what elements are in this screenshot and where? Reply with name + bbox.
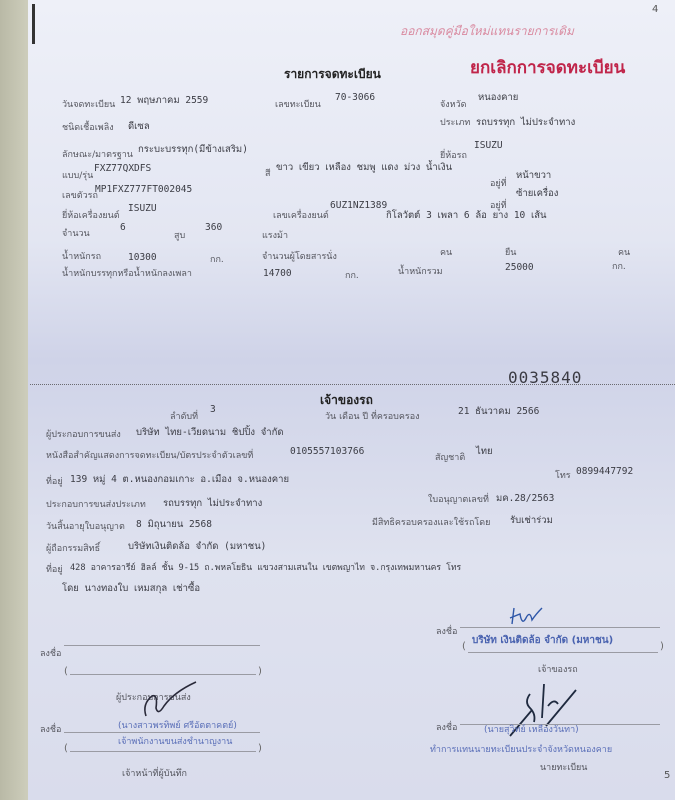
axle-wheel-info: กิโลวัตต์ 3 เพลา 6 ล้อ ยาง 10 เส้น	[386, 208, 547, 223]
vehicle-type-label: ประเภท	[440, 115, 470, 129]
owner-role: เจ้าของรถ	[538, 662, 578, 676]
signature-line-owner	[460, 627, 660, 628]
registrar-name: (นายสุวิทย์ เหลืองวันทา)	[484, 722, 579, 736]
color-value: ขาว เขียว เหลือง ชมพู แดง ม่วง น้ำเงิน	[276, 160, 452, 175]
order-label: ลำดับที่	[170, 409, 198, 423]
phone-label: โทร	[555, 468, 571, 482]
lessee-value: โดย นางทองใบ เหมสกุล เช่าซื้อ	[62, 581, 200, 596]
officer-role: เจ้าหน้าที่ผู้บันทึก	[122, 766, 187, 780]
engine-brand-label: ยี่ห้อเครื่องยนต์	[62, 208, 120, 222]
vehicle-weight-value: 10300	[128, 252, 157, 263]
officer-position: เจ้าพนักงานขนส่งชำนาญงาน	[118, 734, 232, 748]
registration-id-value: 0105557103766	[290, 446, 364, 457]
engine-number-value: 6UZ1NZ1389	[330, 200, 387, 211]
page-number-bottom: 5	[664, 770, 670, 781]
paren-open: (	[462, 641, 466, 652]
model-label: แบบ/รุ่น	[62, 168, 93, 182]
color-label: สี	[265, 166, 271, 180]
character-value: กระบะบรรทุก(มีข้างเสริม)	[138, 142, 248, 157]
passengers-seated-label: จำนวนผู้โดยสารนั่ง	[262, 249, 337, 263]
business-type-label: ประกอบการขนส่งประเภท	[46, 497, 146, 511]
total-weight-label: น้ำหนักรวม	[398, 264, 443, 278]
desk-background	[0, 0, 30, 800]
name-line-operator	[70, 674, 256, 675]
character-label: ลักษณะ/มาตรฐาน	[62, 147, 133, 161]
province-label: จังหวัด	[440, 97, 467, 111]
registrar-role: นายทะเบียน	[540, 760, 587, 774]
registrar-position: ทำการแทนนายทะเบียนประจำจังหวัดหนองคาย	[430, 742, 612, 756]
chassis-value: MP1FXZ777FT002045	[95, 184, 192, 195]
fuel-label: ชนิดเชื้อเพลิง	[62, 120, 114, 134]
engine-number-label: เลขเครื่องยนต์	[273, 208, 329, 222]
section-title-owner: เจ้าของรถ	[320, 391, 373, 410]
possession-date-label: วัน เดือน ปี ที่ครอบครอง	[325, 409, 420, 423]
province-value: หนองคาย	[478, 90, 518, 105]
plate-value: 70-3066	[335, 92, 375, 103]
title-holder-label: ผู้ถือกรรมสิทธิ์	[46, 541, 100, 555]
paren-open: (	[64, 666, 68, 677]
model-value: FXZ77QXDFS	[94, 163, 151, 174]
chassis-location-label: อยู่ที่	[490, 176, 507, 190]
sign-label-officer: ลงชื่อ	[40, 722, 61, 736]
address-label: ที่อยู่	[46, 474, 63, 488]
total-weight-value: 25000	[505, 262, 534, 273]
cc-value: 360	[205, 222, 222, 233]
reg-date-label: วันจดทะเบียน	[62, 97, 115, 111]
vehicle-type-value: รถบรรทุก ไม่ประจำทาง	[476, 115, 575, 130]
nationality-value: ไทย	[476, 444, 493, 459]
chassis-label: เลขตัวรถ	[62, 188, 98, 202]
phone-value: 0899447792	[576, 466, 633, 477]
usage-right-value: รับเช่าร่วม	[510, 513, 553, 528]
fuel-value: ดีเซล	[128, 119, 150, 134]
load-weight-value: 14700	[263, 268, 292, 279]
weight-unit-2: กก.	[345, 268, 359, 282]
order-value: 3	[210, 404, 216, 415]
title-holder-value: บริษัทเงินติดล้อ จำกัด (มหาชน)	[128, 539, 266, 554]
cylinder-label: จำนวน	[62, 226, 90, 240]
brand-value: ISUZU	[474, 140, 503, 151]
sign-label-owner: ลงชื่อ	[436, 624, 457, 638]
paren-close: )	[660, 641, 664, 652]
owner-address-label: ที่อยู่	[46, 562, 63, 576]
section-title-registration: รายการจดทะเบียน	[284, 65, 381, 84]
page-number-top: 4	[652, 4, 658, 15]
standing-label: ยืน	[505, 245, 516, 259]
cancel-registration-stamp: ยกเลิกการจดทะเบียน	[470, 54, 625, 81]
name-line-owner	[468, 652, 658, 653]
sign-label-registrar: ลงชื่อ	[436, 720, 457, 734]
possession-date-value: 21 ธันวาคม 2566	[458, 404, 539, 419]
paren-close: )	[258, 743, 262, 754]
persons-unit-2: คน	[618, 245, 630, 259]
usage-right-label: มีสิทธิครอบครองและใช้รถโดย	[372, 515, 490, 529]
signature-line-officer	[64, 732, 260, 733]
address-value: 139 หมู่ 4 ต.หนองกอมเกาะ อ.เมือง จ.หนองค…	[70, 472, 289, 487]
license-value: มค.28/2563	[496, 491, 554, 506]
owner-signature	[508, 604, 548, 634]
binder-mark	[32, 4, 35, 44]
reissue-stamp: ออกสมุดคู่มือใหม่แทนรายการเดิม	[400, 22, 574, 41]
reg-date-value: 12 พฤษภาคม 2559	[120, 93, 208, 108]
paren-open: (	[64, 743, 68, 754]
operator-label: ผู้ประกอบการขนส่ง	[46, 427, 121, 441]
registration-id-label: หนังสือสำคัญแสดงการจดทะเบียน/บัตรประจำตั…	[46, 448, 253, 462]
officer-signature	[140, 682, 200, 722]
owner-company-stamp: บริษัท เงินติดล้อ จำกัด (มหาชน)	[472, 633, 613, 648]
license-expiry-label: วันสิ้นอายุใบอนุญาต	[46, 519, 125, 533]
weight-unit-3: กก.	[612, 259, 626, 273]
load-weight-label: น้ำหนักบรรทุกหรือน้ำหนักลงเพลา	[62, 266, 192, 280]
chassis-location-value: หน้าขวา	[516, 168, 551, 183]
persons-unit-1: คน	[440, 245, 452, 259]
owner-address-value: 428 อาคารอารีย์ ฮิลล์ ชั้น 9-15 ถ.พหลโยธ…	[70, 560, 461, 574]
engine-location-value: ซ้ายเครื่อง	[516, 186, 558, 201]
cylinder-value: 6	[120, 222, 126, 233]
perforation-line	[30, 384, 675, 385]
signature-line-operator	[64, 645, 260, 646]
weight-unit-1: กก.	[210, 252, 224, 266]
horsepower-label: แรงม้า	[262, 228, 288, 242]
license-label: ใบอนุญาตเลขที่	[428, 492, 489, 506]
cylinder-unit: สูบ	[174, 228, 185, 242]
paren-close: )	[258, 666, 262, 677]
engine-brand-value: ISUZU	[128, 203, 157, 214]
nationality-label: สัญชาติ	[435, 450, 465, 464]
business-type-value: รถบรรทุก ไม่ประจำทาง	[163, 496, 262, 511]
vehicle-weight-label: น้ำหนักรถ	[62, 249, 101, 263]
sign-label-operator: ลงชื่อ	[40, 646, 61, 660]
plate-label: เลขทะเบียน	[275, 97, 321, 111]
license-expiry-value: 8 มิถุนายน 2568	[136, 517, 212, 532]
officer-name: (นางสาวพรทิพย์ ศรีอัตตาคตย์)	[118, 718, 237, 732]
operator-value: บริษัท ไทย-เวียดนาม ชิปปิ้ง จำกัด	[136, 425, 284, 440]
name-line-officer	[70, 751, 256, 752]
